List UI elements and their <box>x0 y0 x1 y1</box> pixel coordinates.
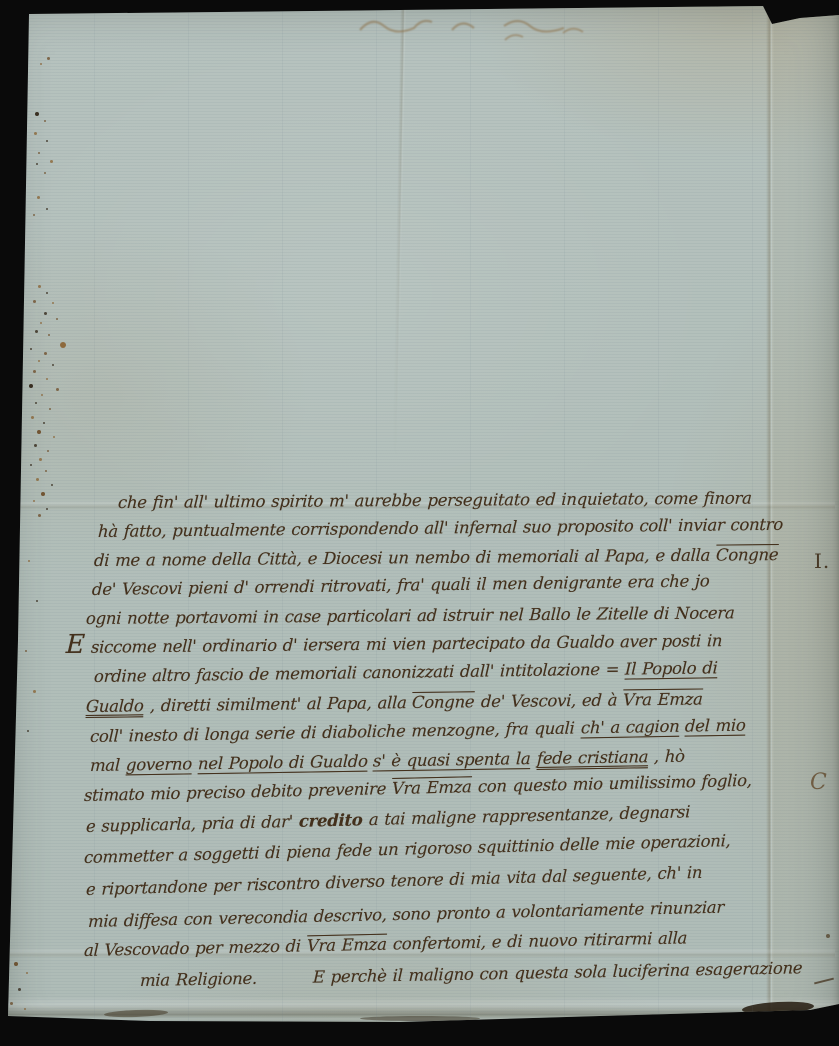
stain-spot <box>34 132 37 135</box>
stain-spot <box>46 508 48 510</box>
letter-text-segment: credito <box>299 809 363 833</box>
stain-spot <box>44 120 46 122</box>
letter-line: mia Religione.E perchè il maligno con qu… <box>140 957 803 992</box>
letter-text-segment: E <box>66 634 86 656</box>
letter-line: al Vescovado per mezzo di Vra Emza confe… <box>84 927 687 962</box>
stain-spot <box>47 57 50 60</box>
letter-text-segment: s' è quasi spenta la <box>373 748 531 772</box>
letter-text-segment: E perchè il maligno con questa sola luci… <box>313 957 803 988</box>
letter-text-segment <box>530 748 537 770</box>
letter-text-segment: stimato mio preciso debito prevenire <box>84 778 393 807</box>
stain-spot <box>35 112 39 116</box>
letter-line: e supplicarla, pria di dar' credito a ta… <box>86 801 690 838</box>
stain-spot <box>33 370 36 373</box>
horizontal-fold-crease <box>10 948 835 958</box>
stain-spot <box>30 464 32 466</box>
stain-spot <box>43 422 45 424</box>
letter-body-text: che fin' all' ultimo spirito m' aurebbe … <box>0 0 839 1046</box>
letter-line: commetter a soggetti di piena fede un ri… <box>84 830 731 869</box>
stain-spot <box>28 560 30 562</box>
stain-spot <box>27 730 29 732</box>
letter-line: E siccome nell' ordinario d' iersera mi … <box>66 627 722 659</box>
letter-text-segment: a tai maligne rappresentanze, degnarsi <box>362 801 690 831</box>
letter-text-segment: mal <box>90 754 127 777</box>
letter-text-segment: commetter a soggetti di piena fede un ri… <box>84 830 731 869</box>
stain-spot <box>60 342 66 348</box>
letter-text-segment: del mio <box>685 715 746 738</box>
letter-text-segment: hà fatto, puntualmente corrispondendo al… <box>98 514 784 543</box>
letter-line: di me a nome della Città, e Diocesi un n… <box>94 544 779 572</box>
stain-spot <box>25 650 27 652</box>
stain-spot <box>39 458 42 461</box>
horizontal-fold-crease <box>10 500 835 510</box>
stain-spot <box>56 318 58 320</box>
letter-text-segment: Vra Emza <box>392 776 472 800</box>
stain-spot <box>56 388 59 391</box>
stain-spot <box>35 402 37 404</box>
stain-spot <box>46 292 48 294</box>
letter-line: coll' inesto di longa serie di diabolich… <box>90 715 746 748</box>
letter-text-segment: , diretti similment' al Papa, alla <box>143 692 412 717</box>
ink-bleedthrough-marks <box>355 10 785 54</box>
stain-spot <box>38 285 41 288</box>
letter-text-segment: fede cristiana <box>536 746 648 770</box>
stain-spot <box>34 444 37 447</box>
ink-smudge <box>104 1009 168 1018</box>
letter-text-segment: coll' inesto di longa serie di diabolich… <box>90 717 581 748</box>
stain-spot <box>35 330 38 333</box>
stain-spot <box>44 312 47 315</box>
stain-spot <box>46 208 48 210</box>
letter-text-segment: Vra Emza <box>622 688 703 711</box>
letter-text-segment: de' Vescovi pieni d' orrendi ritrovati, … <box>92 570 710 601</box>
letter-line: che fin' all' ultimo spirito m' aurebbe … <box>118 488 752 514</box>
stain-spot <box>41 394 43 396</box>
stain-spot <box>33 500 35 502</box>
stain-spot <box>36 163 38 165</box>
stain-spot <box>47 450 49 452</box>
letter-text-segment: nel Popolo di Gualdo <box>197 751 368 776</box>
letter-line: stimato mio preciso debito prevenire Vra… <box>84 770 752 807</box>
letter-text-segment: di me a nome della Città, e Diocesi un n… <box>94 545 717 572</box>
letter-text-segment <box>367 751 374 773</box>
stain-spot <box>52 364 54 366</box>
letter-line: e riportandone per riscontro diverso ten… <box>86 862 703 901</box>
vertical-fold-crease-right <box>766 0 774 1046</box>
letter-text-segment: governo <box>125 753 192 776</box>
letter-text-segment: e supplicarla, pria di dar' <box>86 811 299 838</box>
letter-line: de' Vescovi pieni d' orrendi ritrovati, … <box>92 570 710 601</box>
ink-smudge <box>360 1016 480 1021</box>
ink-dot <box>826 934 830 938</box>
letter-line: ogni notte portavomi in case particolari… <box>86 602 735 630</box>
letter-text-segment: ch' a cagion <box>580 716 679 740</box>
letter-text-segment: Gualdo <box>86 695 145 718</box>
letter-text-segment: Il Popolo di <box>625 657 718 680</box>
letter-text-segment <box>679 716 686 738</box>
stain-spot <box>10 1002 13 1005</box>
stain-spot <box>33 690 36 693</box>
stain-spot <box>29 384 33 388</box>
letter-text-segment: ordine altro fascio de memoriali canoniz… <box>94 659 626 688</box>
letter-text-segment: de' Vescovi, ed à <box>474 689 623 713</box>
letter-text-segment: Vra Emza <box>306 934 386 958</box>
ink-smudge <box>742 1000 815 1016</box>
stain-spot <box>33 300 36 303</box>
stain-spot <box>49 408 51 410</box>
letter-text-segment: ogni notte portavomi in case particolari… <box>86 602 735 630</box>
vertical-fold-crease-top <box>392 8 407 508</box>
stain-spot <box>44 172 46 174</box>
bleedthrough-mark: C <box>810 770 827 795</box>
stain-spot <box>37 196 40 199</box>
letter-line: ordine altro fascio de memoriali canoniz… <box>94 657 718 688</box>
photograph-stage: che fin' all' ultimo spirito m' aurebbe … <box>0 0 839 1046</box>
letter-text-segment: Congne <box>716 544 779 567</box>
stain-spot <box>40 63 42 65</box>
stain-spot <box>46 378 48 380</box>
stain-spot <box>50 160 53 163</box>
stain-spot <box>52 302 54 304</box>
stain-spot <box>40 322 42 324</box>
stain-spot <box>41 492 45 496</box>
stain-spot <box>44 352 47 355</box>
right-page-strip <box>772 0 839 1046</box>
margin-numeral: I. <box>814 549 830 573</box>
letter-text-segment: Congne <box>412 691 475 714</box>
ink-dash <box>814 978 834 985</box>
stain-spot <box>36 478 39 481</box>
stain-spot <box>38 514 41 517</box>
stain-spot <box>18 988 21 991</box>
stain-spot <box>46 140 48 142</box>
letter-line: hà fatto, puntualmente corrispondendo al… <box>98 514 783 543</box>
letter-text-segment: mia Religione. <box>140 968 258 992</box>
letter-text-segment: con questo mio umilissimo foglio, <box>471 770 751 798</box>
letter-text-segment: confertomi, e di nuovo ritirarmi alla <box>386 927 687 955</box>
letter-paper-sheet: che fin' all' ultimo spirito m' aurebbe … <box>0 0 839 1046</box>
letter-text-segment: mia diffesa con verecondia descrivo, son… <box>88 897 725 933</box>
letter-text-segment: , hò <box>648 746 686 769</box>
stain-spot <box>36 600 38 602</box>
letter-line: mal governo nel Popolo di Gualdo s' è qu… <box>90 746 685 777</box>
edge-shading <box>0 0 839 1046</box>
letter-line: Gualdo , diretti similment' al Papa, all… <box>86 688 703 718</box>
letter-text-segment <box>191 753 198 775</box>
stain-spot <box>26 972 28 974</box>
stain-spot <box>38 152 40 154</box>
stain-spot <box>30 348 32 350</box>
stain-spot <box>53 436 55 438</box>
stain-spot <box>51 484 53 486</box>
letter-text-segment: e riportandone per riscontro diverso ten… <box>86 862 703 901</box>
stain-spot <box>38 360 40 362</box>
letter-text-segment: al Vescovado per mezzo di <box>84 935 307 962</box>
stain-spot <box>33 214 35 216</box>
letter-text-segment: siccome nell' ordinario d' iersera mi vi… <box>84 630 722 659</box>
stain-spot <box>48 334 50 336</box>
letter-line: mia diffesa con verecondia descrivo, son… <box>88 897 724 933</box>
stain-spot <box>24 1008 26 1010</box>
stain-spot <box>37 430 41 434</box>
stain-spot <box>45 470 47 472</box>
stain-spot <box>31 416 34 419</box>
stain-spot <box>14 962 18 966</box>
bottom-edge-ridge <box>6 996 839 1018</box>
letter-text-segment: che fin' all' ultimo spirito m' aurebbe … <box>118 488 753 514</box>
